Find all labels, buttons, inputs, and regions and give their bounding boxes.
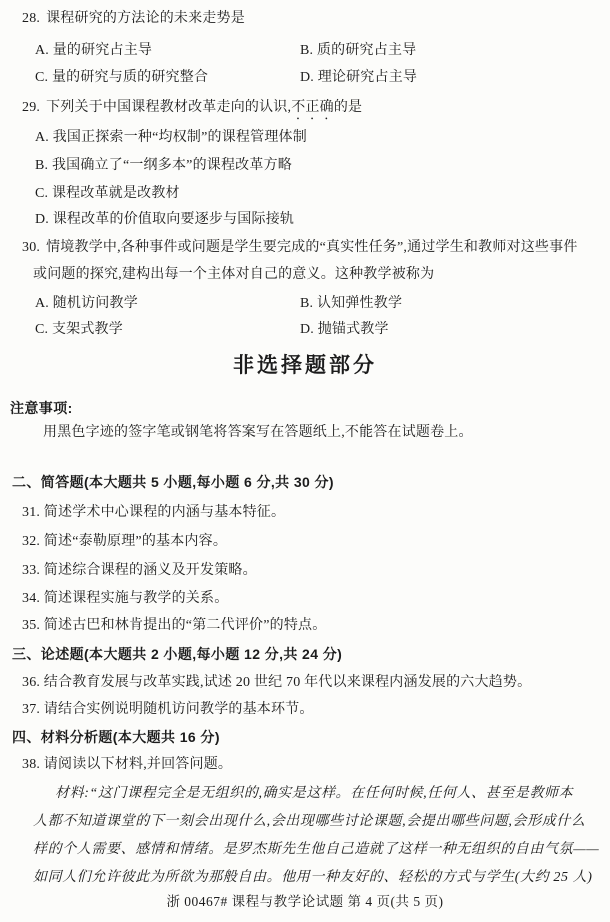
question-28-stem: 28.课程研究的方法论的未来走势是 [22, 10, 245, 28]
question-29-number: 29. [22, 100, 40, 115]
question-35: 35. 简述古巴和林肯提出的“第二代评价”的特点。 [22, 617, 326, 635]
question-38: 38. 请阅读以下材料,并回答问题。 [22, 756, 232, 774]
part2-section-title: 非选择题部分 [0, 353, 610, 379]
material-paragraph-line1: 材料:“这门课程完全是无组织的,确实是这样。在任何时候,任何人、甚至是教师本 [55, 785, 573, 803]
question-29-option-c: C. 课程改革就是改教材 [35, 185, 180, 203]
page-footer: 浙 00467# 课程与教学论试题 第 4 页(共 5 页) [0, 894, 610, 911]
question-29-option-a: A. 我国正探索一种“均权制”的课程管理体制 [35, 129, 307, 147]
question-30-stem-line2: 或问题的探究,建构出每一个主体对自己的意义。这种教学被称为 [33, 266, 434, 284]
question-30-number: 30. [22, 240, 40, 255]
question-30-stem-line1: 30.情境教学中,各种事件或问题是学生要完成的“真实性任务”,通过学生和教师对这… [22, 239, 578, 257]
question-29-option-d: D. 课程改革的价值取向要逐步与国际接轨 [35, 211, 294, 229]
material-paragraph-line2: 人都不知道课堂的下一刻会出现什么,会出现哪些讨论课题,会提出哪些问题,会形成什么 [33, 813, 586, 831]
question-33: 33. 简述综合课程的涵义及开发策略。 [22, 562, 257, 580]
question-32: 32. 简述“泰勒原理”的基本内容。 [22, 533, 227, 551]
section4-header: 四、材料分析题(本大题共 16 分) [12, 729, 220, 747]
question-29-emphasized-text: 不正确 [291, 100, 334, 115]
question-30-option-b: B. 认知弹性教学 [300, 295, 402, 313]
question-28-option-d: D. 理论研究占主导 [300, 69, 417, 87]
question-29-option-b: B. 我国确立了“一纲多本”的课程改革方略 [35, 157, 292, 175]
question-28-option-a: A. 量的研究占主导 [35, 42, 152, 60]
question-28-text: 课程研究的方法论的未来走势是 [46, 11, 245, 26]
question-28-option-c: C. 量的研究与质的研究整合 [35, 69, 208, 87]
question-28-number: 28. [22, 11, 40, 26]
question-30-option-c: C. 支架式教学 [35, 321, 123, 339]
question-34: 34. 简述课程实施与教学的关系。 [22, 590, 228, 608]
question-30-option-d: D. 抛锚式教学 [300, 321, 389, 339]
question-37: 37. 请结合实例说明随机访问教学的基本环节。 [22, 701, 314, 719]
notes-title: 注意事项: [10, 400, 73, 418]
exam-page: 28.课程研究的方法论的未来走势是 A. 量的研究占主导 B. 质的研究占主导 … [0, 0, 610, 922]
question-29-text-pre: 下列关于中国课程教材改革走向的认识, [46, 100, 291, 115]
material-paragraph-line3: 样的个人需要、感情和情绪。是罗杰斯先生他自己造就了这样一种无组织的自由气氛—— [33, 841, 599, 859]
section2-header: 二、简答题(本大题共 5 小题,每小题 6 分,共 30 分) [12, 474, 334, 492]
question-30-option-a: A. 随机访问教学 [35, 295, 138, 313]
material-paragraph-line4: 如同人们允许彼此为所欲为那般自由。他用一种友好的、轻松的方式与学生(大约 25 … [33, 869, 593, 887]
question-29-stem: 29.下列关于中国课程教材改革走向的认识,不正确的是 [22, 99, 362, 123]
notes-body: 用黑色字迹的签字笔或钢笔将答案写在答题纸上,不能答在试题卷上。 [43, 424, 473, 442]
section3-header: 三、论述题(本大题共 2 小题,每小题 12 分,共 24 分) [12, 646, 342, 664]
question-28-option-b: B. 质的研究占主导 [300, 42, 416, 60]
question-29-text-post: 的是 [334, 100, 362, 115]
question-31: 31. 简述学术中心课程的内涵与基本特征。 [22, 504, 285, 522]
question-36: 36. 结合教育发展与改革实践,试述 20 世纪 70 年代以来课程内涵发展的六… [22, 674, 531, 692]
question-30-text-line1: 情境教学中,各种事件或问题是学生要完成的“真实性任务”,通过学生和教师对这些事件 [46, 240, 577, 255]
